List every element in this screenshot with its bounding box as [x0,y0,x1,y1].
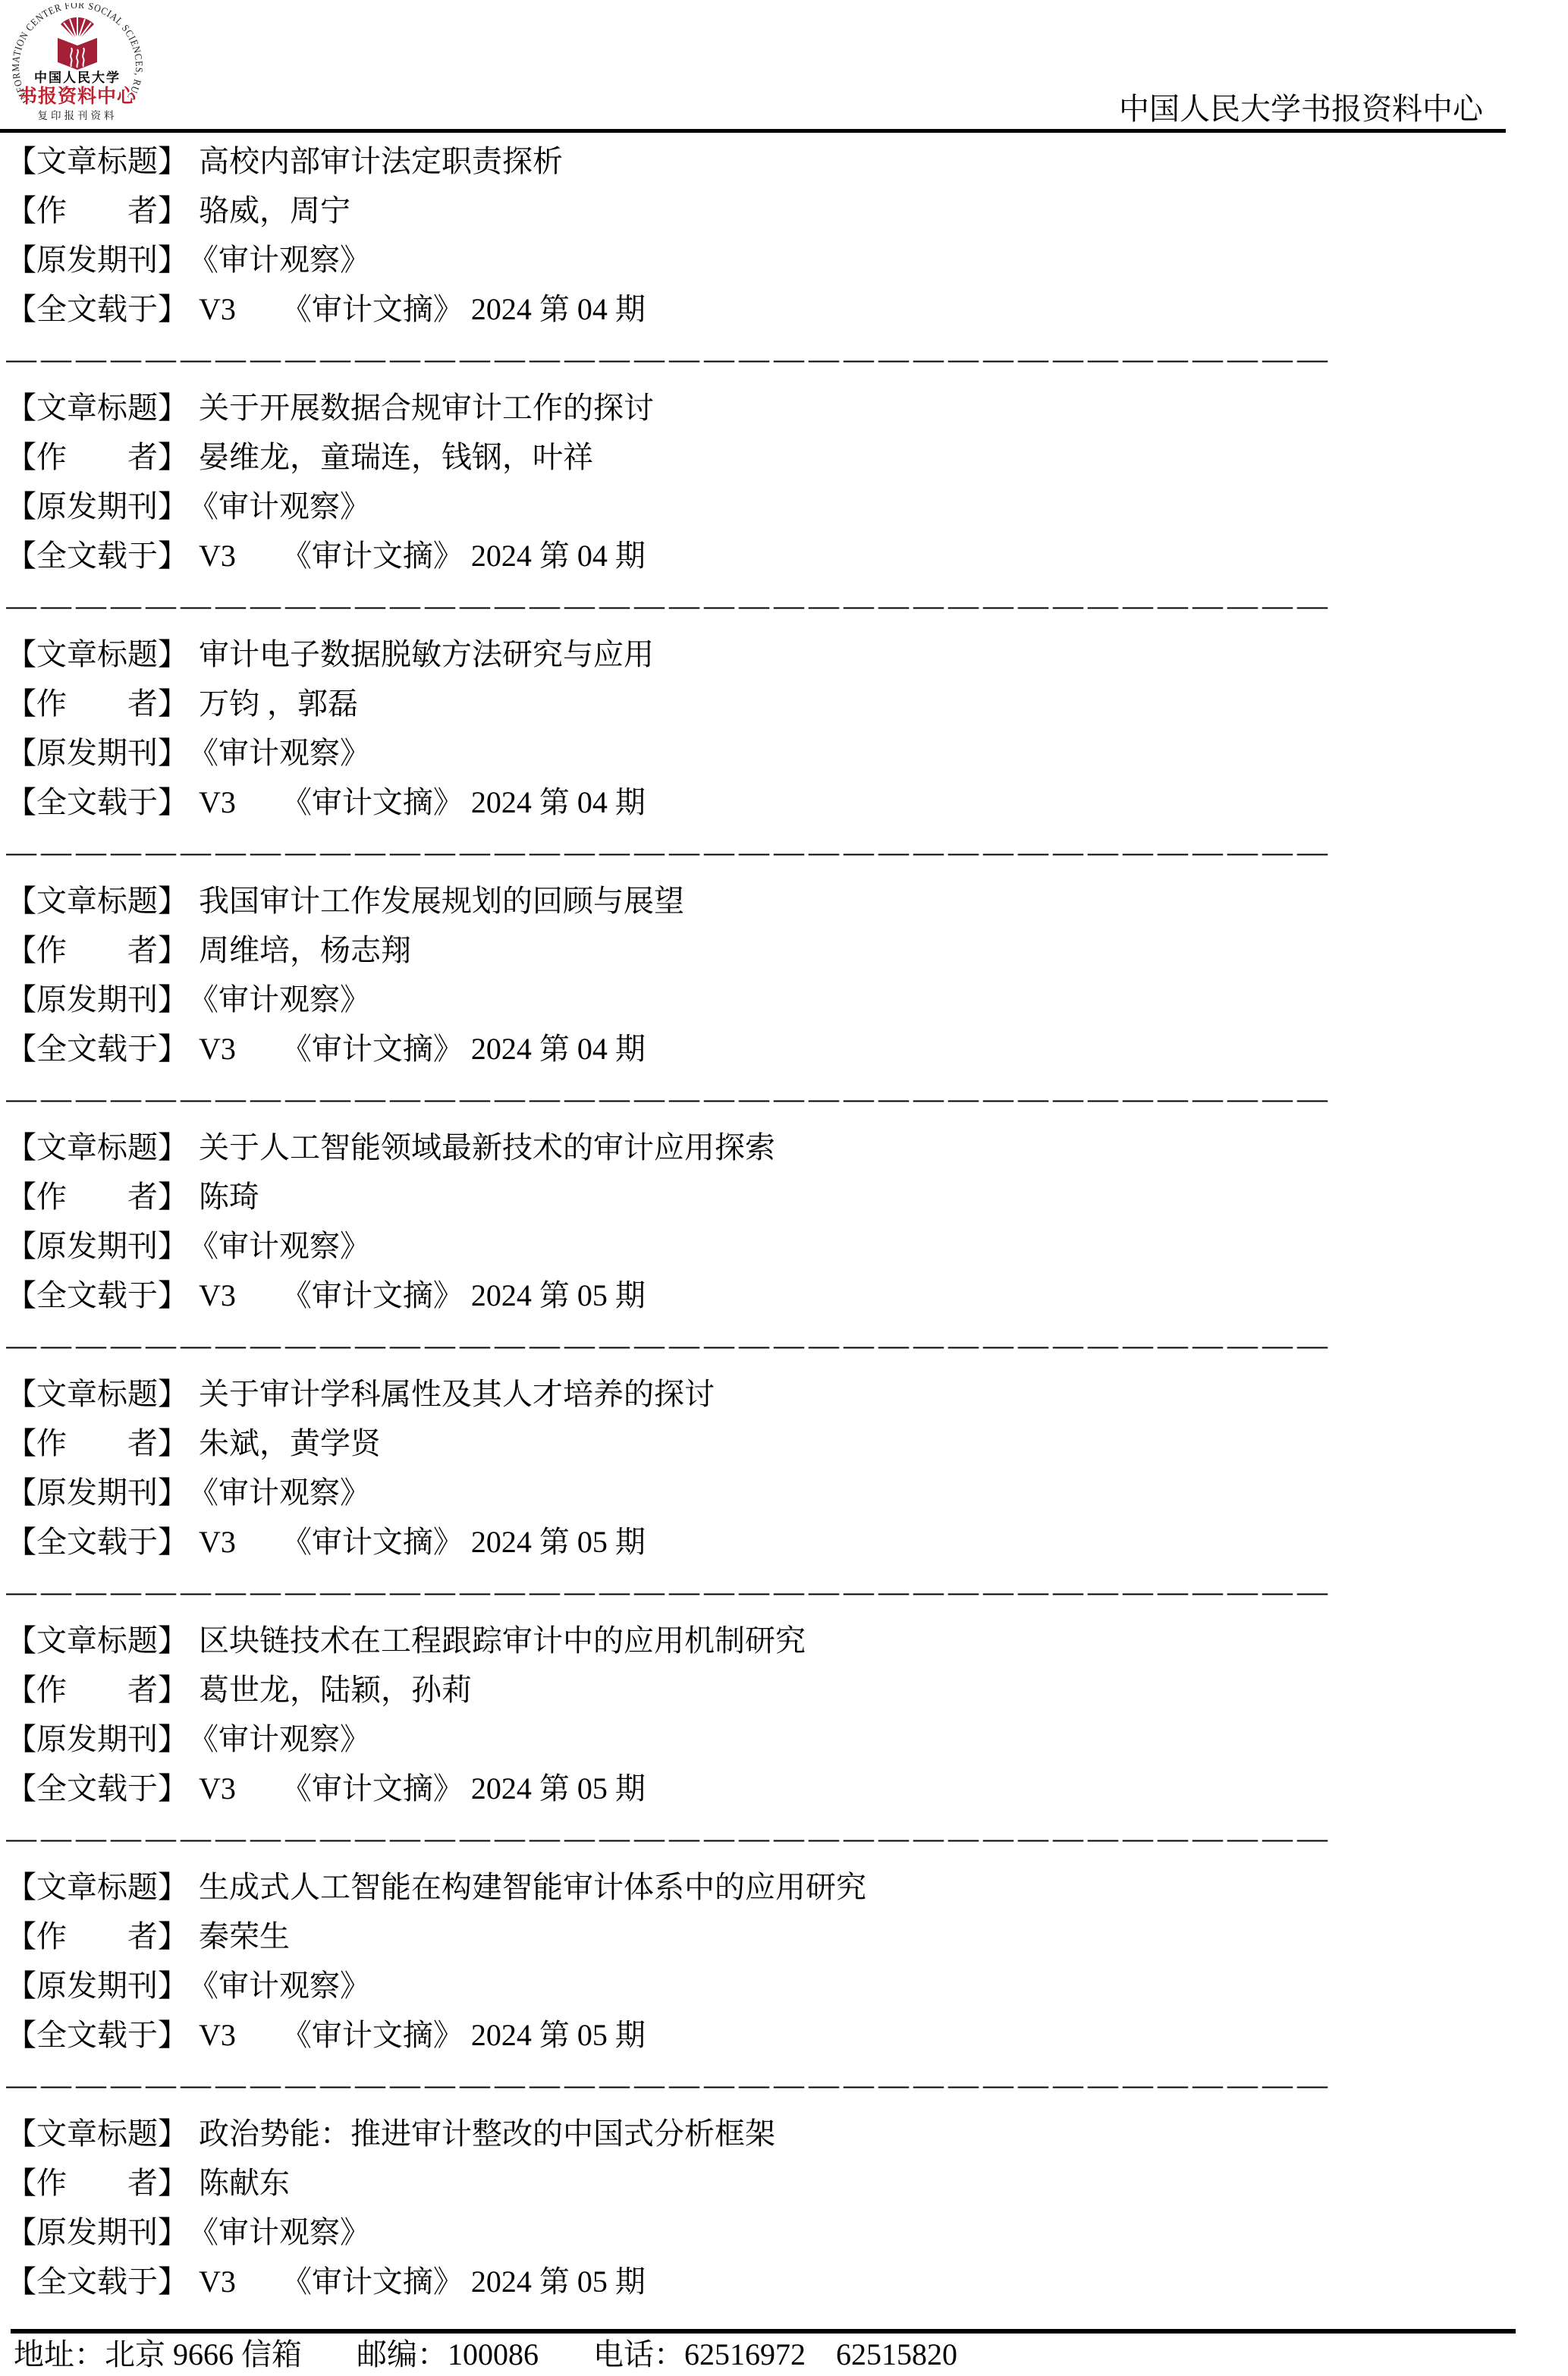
article-fulltext-row: 【全文载于】V3 《审计文摘》 2024 第 05 期 [6,1517,1519,1567]
article-author-row: 【作 者】葛世龙，陆颖，孙莉 [6,1665,1519,1714]
field-label: 【作 者】 [6,1419,188,1468]
footer-phone: 电话：62516972 62515820 [593,2337,957,2371]
article-title: 高校内部审计法定职责探析 [199,144,563,178]
article-title-row: 【文章标题】关于审计学科属性及其人才培养的探讨 [6,1369,1519,1419]
field-label: 【全文载于】 [6,531,188,580]
article-fulltext-row: 【全文载于】V3 《审计文摘》 2024 第 05 期 [6,1764,1519,1813]
document-page: INFORMATION CENTER FOR SOCIAL SCIENCES, … [0,0,1568,2376]
article-journal: 《审计观察》 [188,982,370,1017]
article-journal: 《审计观察》 [188,1969,370,2003]
article-author-row: 【作 者】陈献东 [6,2158,1519,2208]
field-label: 【作 者】 [6,1912,188,1961]
field-label: 【文章标题】 [6,1616,188,1665]
article-authors: 秦荣生 [199,1919,290,1953]
entry-separator: —————————————————————————————————————— [6,1073,1341,1123]
article-journal: 《审计观察》 [188,1722,370,1756]
field-label: 【原发期刊】 [6,1961,188,2010]
article-authors: 万钧 ，郭磊 [199,687,358,721]
footer: 地址：北京 9666 信箱邮编：100086电话：62516972 625158… [14,2335,1546,2374]
field-label: 【原发期刊】 [6,975,188,1024]
field-label: 【原发期刊】 [6,1221,188,1271]
field-label: 【原发期刊】 [6,1714,188,1764]
article-journal-row: 【原发期刊】《审计观察》 [6,1221,1519,1271]
article-authors: 骆威，周宁 [199,193,350,228]
field-label: 【作 者】 [6,926,188,975]
article-journal-row: 【原发期刊】《审计观察》 [6,2208,1519,2257]
field-label: 【作 者】 [6,1172,188,1221]
article-fulltext: V3 《审计文摘》 2024 第 05 期 [199,1771,646,1806]
article-journal-row: 【原发期刊】《审计观察》 [6,1961,1519,2010]
article-authors: 朱斌，黄学贤 [199,1426,381,1460]
field-label: 【作 者】 [6,2158,188,2208]
article-title: 审计电子数据脱敏方法研究与应用 [199,637,654,671]
article-title: 我国审计工作发展规划的回顾与展望 [199,884,684,918]
article-title-row: 【文章标题】关于人工智能领域最新技术的审计应用探索 [6,1123,1519,1172]
article-journal-row: 【原发期刊】《审计观察》 [6,728,1519,778]
article-entry: 【文章标题】关于开展数据合规审计工作的探讨 【作 者】晏维龙，童瑞连，钱钢，叶祥… [6,383,1519,630]
field-label: 【文章标题】 [6,137,188,186]
entry-separator: —————————————————————————————————————— [6,1567,1341,1616]
article-author-row: 【作 者】秦荣生 [6,1912,1519,1961]
article-entry: 【文章标题】我国审计工作发展规划的回顾与展望 【作 者】周维培，杨志翔 【原发期… [6,876,1519,1123]
header-rule [0,129,1506,133]
article-journal: 《审计观察》 [188,736,370,770]
field-label: 【全文载于】 [6,1517,188,1567]
field-label: 【作 者】 [6,186,188,235]
book-emblem-icon [58,17,97,70]
entry-separator: —————————————————————————————————————— [6,580,1341,630]
entry-separator: —————————————————————————————————————— [6,2060,1341,2109]
logo-university-name: 中国人民大学 [34,70,121,85]
ruc-press-logo: INFORMATION CENTER FOR SOCIAL SCIENCES, … [8,3,152,127]
logo-center-name: 书报资料中心 [18,85,137,107]
field-label: 【文章标题】 [6,1369,188,1419]
article-entry: 【文章标题】关于人工智能领域最新技术的审计应用探索 【作 者】陈琦 【原发期刊】… [6,1123,1519,1369]
article-journal: 《审计观察》 [188,2215,370,2249]
article-fulltext: V3 《审计文摘》 2024 第 04 期 [199,785,646,819]
header-org-name: 中国人民大学书报资料中心 [1119,93,1483,126]
article-list: 【文章标题】高校内部审计法定职责探析 【作 者】骆威，周宁 【原发期刊】《审计观… [6,137,1519,2306]
article-journal-row: 【原发期刊】《审计观察》 [6,235,1519,284]
field-label: 【文章标题】 [6,383,188,432]
field-label: 【全文载于】 [6,1271,188,1320]
entry-separator: —————————————————————————————————————— [6,1320,1341,1369]
article-title: 关于审计学科属性及其人才培养的探讨 [199,1377,715,1411]
article-title-row: 【文章标题】高校内部审计法定职责探析 [6,137,1519,186]
field-label: 【全文载于】 [6,2257,188,2306]
field-label: 【作 者】 [6,679,188,728]
field-label: 【全文载于】 [6,2010,188,2060]
field-label: 【文章标题】 [6,1862,188,1912]
article-title-row: 【文章标题】政治势能：推进审计整改的中国式分析框架 [6,2109,1519,2158]
field-label: 【原发期刊】 [6,728,188,778]
article-journal-row: 【原发期刊】《审计观察》 [6,1468,1519,1517]
article-author-row: 【作 者】晏维龙，童瑞连，钱钢，叶祥 [6,432,1519,482]
article-title: 关于人工智能领域最新技术的审计应用探索 [199,1130,775,1164]
article-fulltext-row: 【全文载于】V3 《审计文摘》 2024 第 04 期 [6,778,1519,827]
footer-address: 地址：北京 9666 信箱 [14,2337,302,2371]
article-author-row: 【作 者】陈琦 [6,1172,1519,1221]
article-title-row: 【文章标题】生成式人工智能在构建智能审计体系中的应用研究 [6,1862,1519,1912]
article-authors: 葛世龙，陆颖，孙莉 [199,1673,472,1707]
field-label: 【文章标题】 [6,630,188,679]
article-author-row: 【作 者】骆威，周宁 [6,186,1519,235]
field-label: 【文章标题】 [6,876,188,926]
field-label: 【全文载于】 [6,1024,188,1073]
article-authors: 陈献东 [199,2166,290,2200]
footer-rule [11,2329,1516,2334]
article-fulltext: V3 《审计文摘》 2024 第 05 期 [199,2018,646,2052]
article-fulltext-row: 【全文载于】V3 《审计文摘》 2024 第 04 期 [6,284,1519,334]
article-journal-row: 【原发期刊】《审计观察》 [6,1714,1519,1764]
article-entry: 【文章标题】政治势能：推进审计整改的中国式分析框架 【作 者】陈献东 【原发期刊… [6,2109,1519,2306]
article-authors: 晏维龙，童瑞连，钱钢，叶祥 [199,440,593,474]
article-title: 政治势能：推进审计整改的中国式分析框架 [199,2117,775,2151]
entry-separator: —————————————————————————————————————— [6,334,1341,383]
article-fulltext: V3 《审计文摘》 2024 第 04 期 [199,539,646,573]
field-label: 【作 者】 [6,432,188,482]
article-authors: 周维培，杨志翔 [199,933,411,967]
article-fulltext-row: 【全文载于】V3 《审计文摘》 2024 第 04 期 [6,1024,1519,1073]
article-entry: 【文章标题】关于审计学科属性及其人才培养的探讨 【作 者】朱斌，黄学贤 【原发期… [6,1369,1519,1616]
field-label: 【全文载于】 [6,1764,188,1813]
article-fulltext: V3 《审计文摘》 2024 第 05 期 [199,1278,646,1312]
article-fulltext: V3 《审计文摘》 2024 第 05 期 [199,1525,646,1559]
article-fulltext: V3 《审计文摘》 2024 第 04 期 [199,292,646,326]
article-title: 生成式人工智能在构建智能审计体系中的应用研究 [199,1870,866,1904]
article-title-row: 【文章标题】关于开展数据合规审计工作的探讨 [6,383,1519,432]
article-entry: 【文章标题】区块链技术在工程跟踪审计中的应用机制研究 【作 者】葛世龙，陆颖，孙… [6,1616,1519,1862]
article-author-row: 【作 者】朱斌，黄学贤 [6,1419,1519,1468]
article-journal: 《审计观察》 [188,1476,370,1510]
field-label: 【原发期刊】 [6,482,188,531]
article-journal-row: 【原发期刊】《审计观察》 [6,482,1519,531]
field-label: 【全文载于】 [6,284,188,334]
article-authors: 陈琦 [199,1180,259,1214]
article-title-row: 【文章标题】我国审计工作发展规划的回顾与展望 [6,876,1519,926]
field-label: 【作 者】 [6,1665,188,1714]
entry-separator: —————————————————————————————————————— [6,827,1341,876]
article-author-row: 【作 者】周维培，杨志翔 [6,926,1519,975]
article-title: 区块链技术在工程跟踪审计中的应用机制研究 [199,1623,806,1658]
article-title: 关于开展数据合规审计工作的探讨 [199,391,654,425]
field-label: 【文章标题】 [6,1123,188,1172]
article-journal: 《审计观察》 [188,243,370,277]
field-label: 【全文载于】 [6,778,188,827]
article-fulltext-row: 【全文载于】V3 《审计文摘》 2024 第 05 期 [6,2010,1519,2060]
article-fulltext: V3 《审计文摘》 2024 第 05 期 [199,2264,646,2299]
article-fulltext-row: 【全文载于】V3 《审计文摘》 2024 第 05 期 [6,2257,1519,2306]
footer-postcode: 邮编：100086 [357,2337,539,2371]
field-label: 【文章标题】 [6,2109,188,2158]
article-entry: 【文章标题】生成式人工智能在构建智能审计体系中的应用研究 【作 者】秦荣生 【原… [6,1862,1519,2109]
article-entry: 【文章标题】审计电子数据脱敏方法研究与应用 【作 者】万钧 ，郭磊 【原发期刊】… [6,630,1519,876]
article-entry: 【文章标题】高校内部审计法定职责探析 【作 者】骆威，周宁 【原发期刊】《审计观… [6,137,1519,383]
article-fulltext-row: 【全文载于】V3 《审计文摘》 2024 第 04 期 [6,531,1519,580]
article-author-row: 【作 者】万钧 ，郭磊 [6,679,1519,728]
logo-subtitle: 复印报刊资料 [38,109,118,121]
field-label: 【原发期刊】 [6,2208,188,2257]
article-fulltext: V3 《审计文摘》 2024 第 04 期 [199,1032,646,1066]
field-label: 【原发期刊】 [6,235,188,284]
entry-separator: —————————————————————————————————————— [6,1813,1341,1862]
article-journal: 《审计观察》 [188,489,370,523]
article-journal-row: 【原发期刊】《审计观察》 [6,975,1519,1024]
article-fulltext-row: 【全文载于】V3 《审计文摘》 2024 第 05 期 [6,1271,1519,1320]
article-journal: 《审计观察》 [188,1229,370,1263]
article-title-row: 【文章标题】区块链技术在工程跟踪审计中的应用机制研究 [6,1616,1519,1665]
article-title-row: 【文章标题】审计电子数据脱敏方法研究与应用 [6,630,1519,679]
ruc-logo-icon: INFORMATION CENTER FOR SOCIAL SCIENCES, … [8,3,152,127]
field-label: 【原发期刊】 [6,1468,188,1517]
